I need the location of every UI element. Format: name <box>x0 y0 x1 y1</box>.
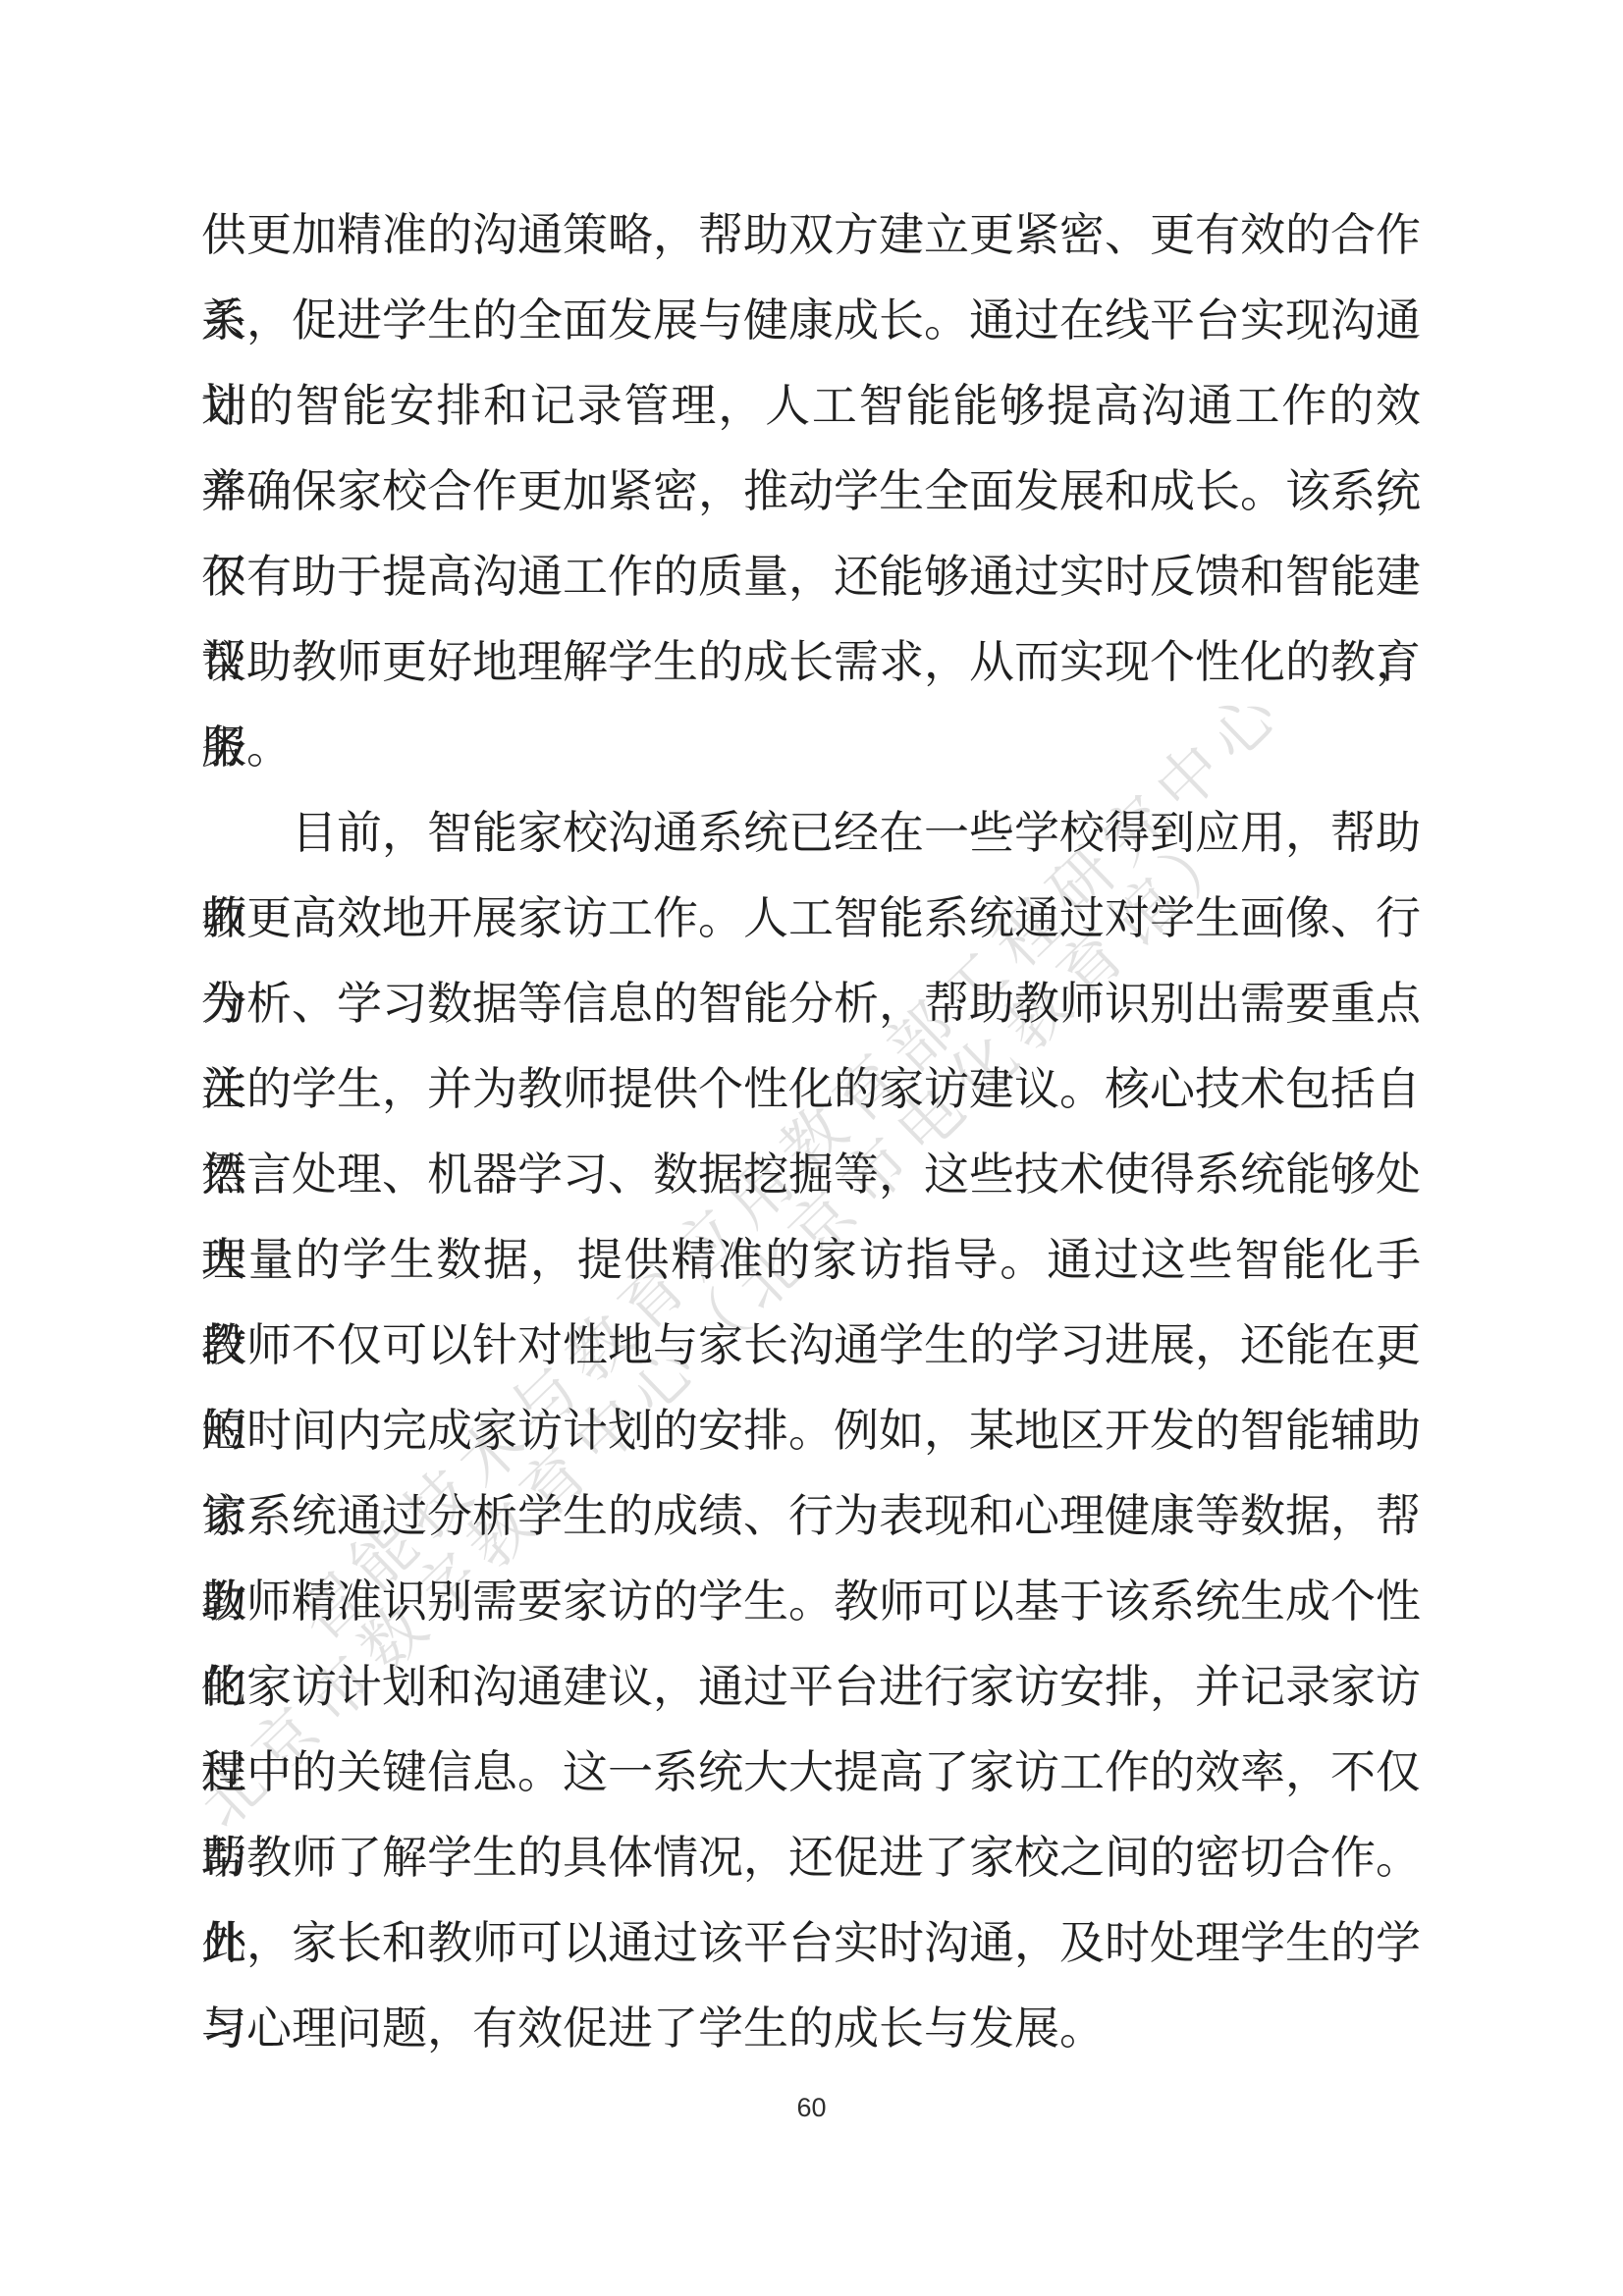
text-line: 访系统通过分析学生的成绩、行为表现和心理健康等数据，帮助 <box>201 1473 1421 1559</box>
text-line: 助教师了解学生的具体情况，还促进了家校之间的密切合作。此 <box>201 1815 1421 1900</box>
text-line: 仅有助于提高沟通工作的质量，还能够通过实时反馈和智能建议， <box>201 534 1421 619</box>
text-line: 与心理问题，有效促进了学生的成长与发展。 <box>201 1986 1421 2071</box>
text-line: 目前，智能家校沟通系统已经在一些学校得到应用，帮助教 <box>201 790 1421 876</box>
text-line: 教师不仅可以针对性地与家长沟通学生的学习进展，还能在更短 <box>201 1303 1421 1388</box>
text-line: 系，促进学生的全面发展与健康成长。通过在线平台实现沟通计 <box>201 278 1421 363</box>
text-line: 并确保家校合作更加紧密，推动学生全面发展和成长。该系统不 <box>201 449 1421 534</box>
text-line: 教师精准识别需要家访的学生。教师可以基于该系统生成个性化 <box>201 1559 1421 1644</box>
text-line: 分析、学习数据等信息的智能分析，帮助教师识别出需要重点关 <box>201 961 1421 1046</box>
text-line: 大量的学生数据，提供精准的家访指导。通过这些智能化手段， <box>201 1217 1421 1303</box>
text-line: 师更高效地开展家访工作。人工智能系统通过对学生画像、行为 <box>201 876 1421 961</box>
text-line: 语言处理、机器学习、数据挖掘等，这些技术使得系统能够处理 <box>201 1132 1421 1217</box>
text-line: 务。 <box>201 705 1421 790</box>
text-line: 供更加精准的沟通策略，帮助双方建立更紧密、更有效的合作关 <box>201 192 1421 278</box>
text-line: 帮助教师更好地理解学生的成长需求，从而实现个性化的教育服 <box>201 619 1421 705</box>
text-line: 程中的关键信息。这一系统大大提高了家访工作的效率，不仅帮 <box>201 1730 1421 1815</box>
text-line: 的时间内完成家访计划的安排。例如，某地区开发的智能辅助家 <box>201 1388 1421 1473</box>
text-line: 外，家长和教师可以通过该平台实时沟通，及时处理学生的学习 <box>201 1900 1421 1986</box>
page-number: 60 <box>0 2093 1623 2123</box>
document-page: 智能技术与教育应用教育部工程研究中心 北京市数字教育中心（北京市电化教育馆） 供… <box>0 0 1623 2296</box>
text-line: 的家访计划和沟通建议，通过平台进行家访安排，并记录家访过 <box>201 1644 1421 1730</box>
document-body: 供更加精准的沟通策略，帮助双方建立更紧密、更有效的合作关系，促进学生的全面发展与… <box>201 192 1421 2071</box>
text-line: 划的智能安排和记录管理，人工智能能够提高沟通工作的效率， <box>201 363 1421 449</box>
text-line: 注的学生，并为教师提供个性化的家访建议。核心技术包括自然 <box>201 1046 1421 1132</box>
